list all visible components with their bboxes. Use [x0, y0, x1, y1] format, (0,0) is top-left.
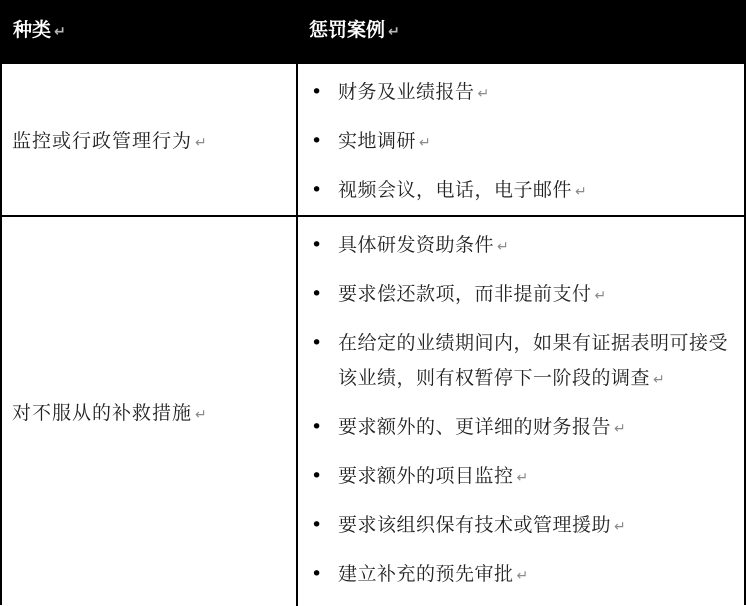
bullet-item: •要求偿还款项，而非提前支付↵: [298, 277, 740, 314]
bullet-item: •建立补充的预先审批↵: [298, 557, 740, 594]
paragraph-mark-icon: ↵: [517, 568, 529, 584]
bullet-item: •实地调研↵: [298, 124, 740, 161]
paragraph-mark-icon: ↵: [517, 470, 529, 486]
paragraph-mark-icon: ↵: [195, 135, 207, 151]
bullet-item-text: 要求该组织保有技术或管理援助: [338, 514, 611, 536]
paragraph-mark-icon: ↵: [478, 86, 490, 102]
bullet-item: •具体研发资助条件↵: [298, 228, 740, 265]
table-row: 对不服从的补救措施↵ •具体研发资助条件↵•要求偿还款项，而非提前支付↵•在给定…: [2, 215, 744, 606]
bullet-item-text: 要求偿还款项，而非提前支付: [338, 283, 592, 305]
bullet-item-text: 在给定的业绩期间内，如果有证据表明可接受该业绩，则有权暂停下一阶段的调查: [338, 332, 728, 389]
bullet-item: •要求该组织保有技术或管理援助↵: [298, 508, 740, 545]
category-label: 对不服从的补救措施↵: [12, 398, 207, 425]
paragraph-mark-icon: ↵: [614, 519, 626, 535]
bullet-item: •在给定的业绩期间内，如果有证据表明可接受该业绩，则有权暂停下一阶段的调查↵: [298, 326, 740, 398]
category-cell: 对不服从的补救措施↵: [2, 217, 298, 606]
bullet-item: •财务及业绩报告↵: [298, 75, 740, 112]
header-cases-label: 惩罚案例: [309, 19, 385, 41]
bullet-icon: •: [311, 557, 323, 592]
paragraph-mark-icon: ↵: [595, 288, 607, 304]
table-header-row: 种类↵ 惩罚案例↵: [2, 2, 744, 62]
bullet-item-text: 视频会议，电话，电子邮件: [338, 179, 572, 201]
bullet-icon: •: [311, 277, 323, 312]
bullet-icon: •: [311, 75, 323, 110]
paragraph-mark-icon: ↵: [497, 239, 509, 255]
paragraph-mark-icon: ↵: [575, 184, 587, 200]
paragraph-mark-icon: ↵: [195, 407, 207, 423]
bullet-item-text: 财务及业绩报告: [338, 81, 475, 103]
bullet-icon: •: [311, 124, 323, 159]
bullet-item-text: 要求额外的、更详细的财务报告: [338, 416, 611, 438]
bullet-icon: •: [311, 228, 323, 263]
bullet-icon: •: [311, 410, 323, 445]
bullet-list: •财务及业绩报告↵•实地调研↵•视频会议，电话，电子邮件↵: [298, 64, 744, 210]
bullet-item: •视频会议，电话，电子邮件↵: [298, 173, 740, 210]
bullet-item-text: 具体研发资助条件: [338, 234, 494, 256]
cases-cell: •财务及业绩报告↵•实地调研↵•视频会议，电话，电子邮件↵: [298, 64, 744, 215]
paragraph-mark-icon: ↵: [54, 24, 66, 40]
category-cell: 监控或行政管理行为↵: [2, 64, 298, 215]
bullet-icon: •: [311, 508, 323, 543]
header-category-label: 种类: [13, 19, 51, 41]
bullet-item-text: 建立补充的预先审批: [338, 563, 514, 585]
bullet-icon: •: [311, 326, 323, 361]
document-table: 种类↵ 惩罚案例↵ 监控或行政管理行为↵ •财务及业绩报告↵•实地调研↵•视频会…: [0, 0, 746, 605]
cases-cell: •具体研发资助条件↵•要求偿还款项，而非提前支付↵•在给定的业绩期间内，如果有证…: [298, 217, 744, 606]
bullet-item: •要求额外的、更详细的财务报告↵: [298, 410, 740, 447]
bullet-icon: •: [311, 459, 323, 494]
category-label: 监控或行政管理行为↵: [12, 126, 207, 153]
paragraph-mark-icon: ↵: [419, 135, 431, 151]
bullet-icon: •: [311, 173, 323, 208]
paragraph-mark-icon: ↵: [614, 421, 626, 437]
table-row: 监控或行政管理行为↵ •财务及业绩报告↵•实地调研↵•视频会议，电话，电子邮件↵: [2, 62, 744, 215]
header-cell-category: 种类↵: [2, 2, 298, 62]
paragraph-mark-icon: ↵: [653, 372, 665, 388]
bullet-list: •具体研发资助条件↵•要求偿还款项，而非提前支付↵•在给定的业绩期间内，如果有证…: [298, 217, 744, 594]
header-cell-cases: 惩罚案例↵: [298, 2, 744, 62]
bullet-item-text: 实地调研: [338, 130, 416, 152]
bullet-item: •要求额外的项目监控↵: [298, 459, 740, 496]
bullet-item-text: 要求额外的项目监控: [338, 465, 514, 487]
paragraph-mark-icon: ↵: [388, 24, 400, 40]
